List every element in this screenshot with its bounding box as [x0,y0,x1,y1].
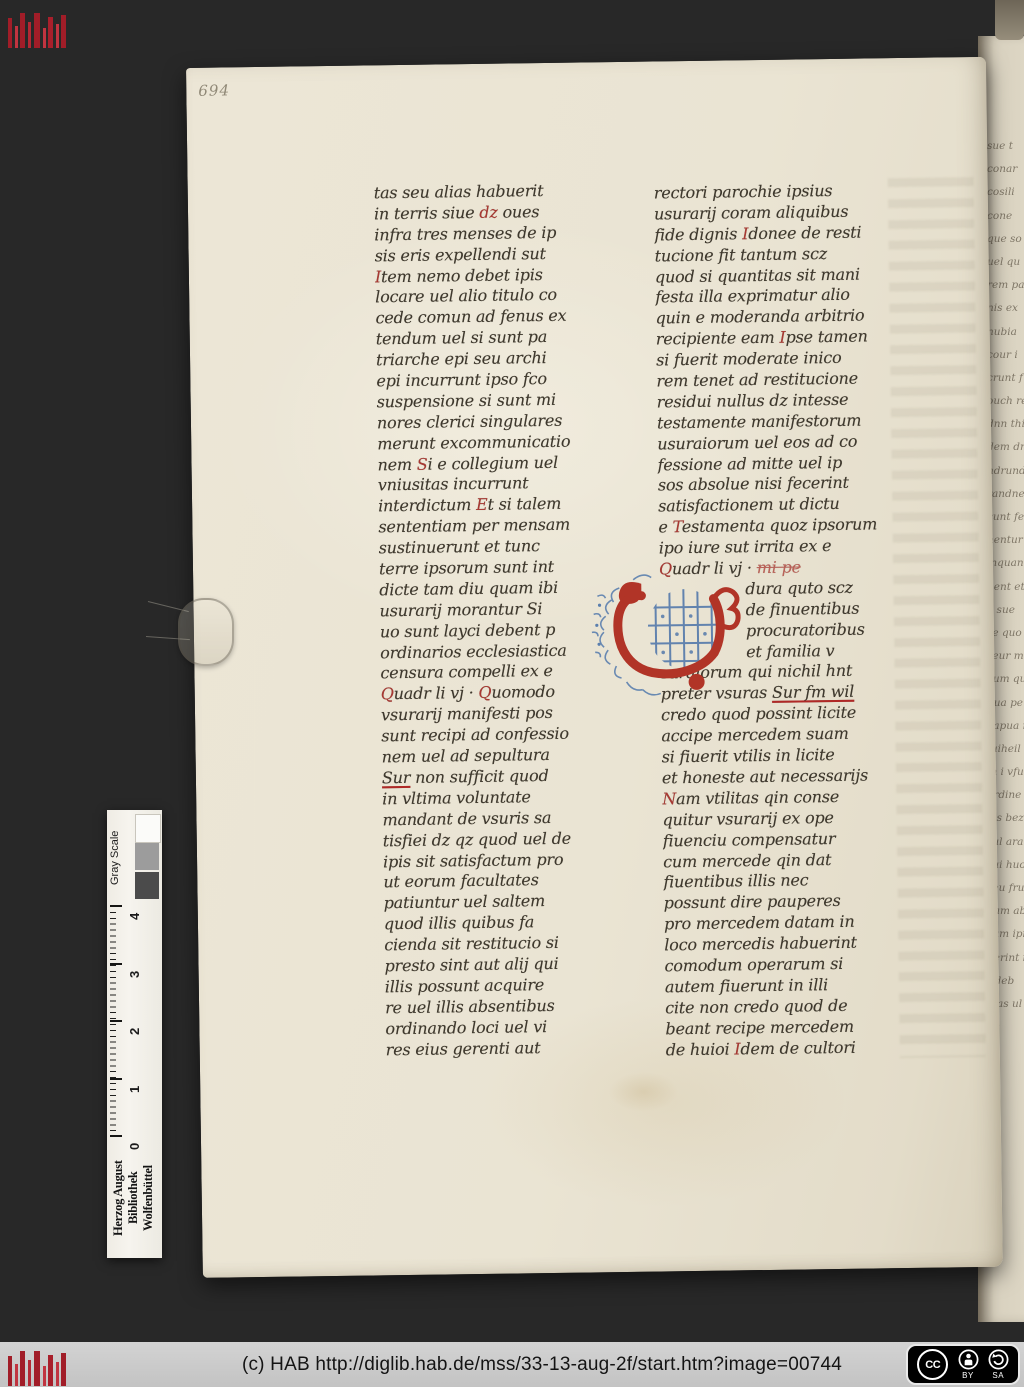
edge-text-fragment: nis ex [987,302,1024,325]
edge-text-fragment: conar [987,163,1024,186]
edge-text-fragment: crunt f [987,372,1024,395]
parchment-stain [608,1071,679,1112]
edge-text-fragment: cosili [987,186,1024,209]
registration-marks-top [8,8,68,48]
share-alike-arrow-icon [988,1349,1009,1370]
manuscript-line: procuratoribus [746,618,926,641]
cc-icon: CC [917,1349,948,1380]
cc-sa-item: SA [988,1349,1009,1380]
registration-bar [61,1353,66,1386]
edge-text-fragment: uel qu [987,256,1024,279]
library-name-line1: Herzog August Bibliothek [111,1142,141,1254]
footer-bar: (c) HAB http://diglib.hab.de/mss/33-13-a… [0,1342,1024,1387]
registration-bar [34,1351,40,1386]
registration-bar [48,17,53,48]
library-name: Herzog August Bibliothek Wolfenbüttel [111,1142,157,1254]
folio-number: 694 [198,81,230,99]
edge-text-fragment: cour i [987,349,1024,372]
registration-bar [56,24,59,48]
registration-bar [20,1351,25,1386]
edge-text-fragment: randne [987,488,1024,511]
registration-bar [43,1366,46,1386]
edge-text-fragment: cone [987,210,1024,233]
page-holder-clip [178,598,234,666]
library-name-line2: Wolfenbüttel [141,1142,156,1254]
ruler-number: 2 [127,1017,145,1035]
manuscript-line: de finuentibus [745,598,925,621]
person-icon [958,1349,979,1370]
registration-bar [43,28,46,48]
ruler-cm-tick [110,905,122,907]
ruler-number: 3 [127,960,145,978]
decorated-initial-icon [589,568,759,700]
cc-by-item: BY [958,1349,979,1380]
registration-marks-bottom [8,1346,68,1386]
right-column-lower: suraiorum qui nichil hntpreter vsuras Su… [660,660,932,1061]
registration-bar [56,1362,59,1386]
edge-text-fragment: ouch re [987,395,1024,418]
ruler-number: 4 [127,902,145,920]
edge-text-fragment: ndrund [987,465,1024,488]
edge-text-fragment: nubia [987,326,1024,349]
manuscript-line: et familia v [746,639,926,662]
ruler-cm-tick [110,1078,122,1080]
registration-bar [8,1356,12,1386]
right-column-upper: rectori parochie ipsiususurarij coram al… [654,180,926,581]
ruler-cm-tick [110,1020,122,1022]
edge-text-fragment: dem dr [987,441,1024,464]
ruler-cm-tick [110,1135,122,1137]
registration-bar [34,13,40,48]
ruler-number: 1 [127,1075,145,1093]
gray-scale-patch-mid [135,843,159,870]
registration-bar [15,26,18,48]
edge-text-fragment: rem pan [987,279,1024,302]
book-edge [995,0,1024,40]
edge-text-fragment: que so [987,233,1024,256]
registration-bar [20,13,25,48]
edge-text-fragment: sue t [987,140,1024,163]
registration-bar [48,1355,53,1386]
registration-bar [61,15,66,48]
manuscript-line: res eius gerenti aut [386,1036,660,1061]
ruler-cm-tick [110,963,122,965]
registration-bar [15,1364,18,1386]
gray-scale-patch-white [135,814,161,843]
manuscript-line: dura quto scz [745,577,925,600]
color-scale-strip: Gray Scale 43210 Herzog August Bibliothe… [107,810,162,1258]
copyright-url: (c) HAB http://diglib.hab.de/mss/33-13-a… [0,1342,1024,1387]
registration-bar [28,1360,31,1386]
digitized-manuscript-viewer: sue tconarcosiliconeque souel qurem pann… [0,0,1024,1387]
sa-label: SA [992,1371,1004,1380]
edge-text-fragment: dnn thi [987,418,1024,441]
registration-bar [28,22,31,48]
cc-license-badge[interactable]: CC BY SA [906,1344,1020,1385]
by-label: BY [962,1371,974,1380]
manuscript-page: 694 tas seu alias habueritin terris siue… [186,57,1003,1278]
gray-scale-patch-dark [135,872,159,899]
registration-bar [8,18,12,48]
gray-scale-label: Gray Scale [109,812,131,904]
text-column-right: rectori parochie ipsiususurarij coram al… [654,180,932,1061]
manuscript-line: de huioi Idem de cultori [666,1036,932,1061]
